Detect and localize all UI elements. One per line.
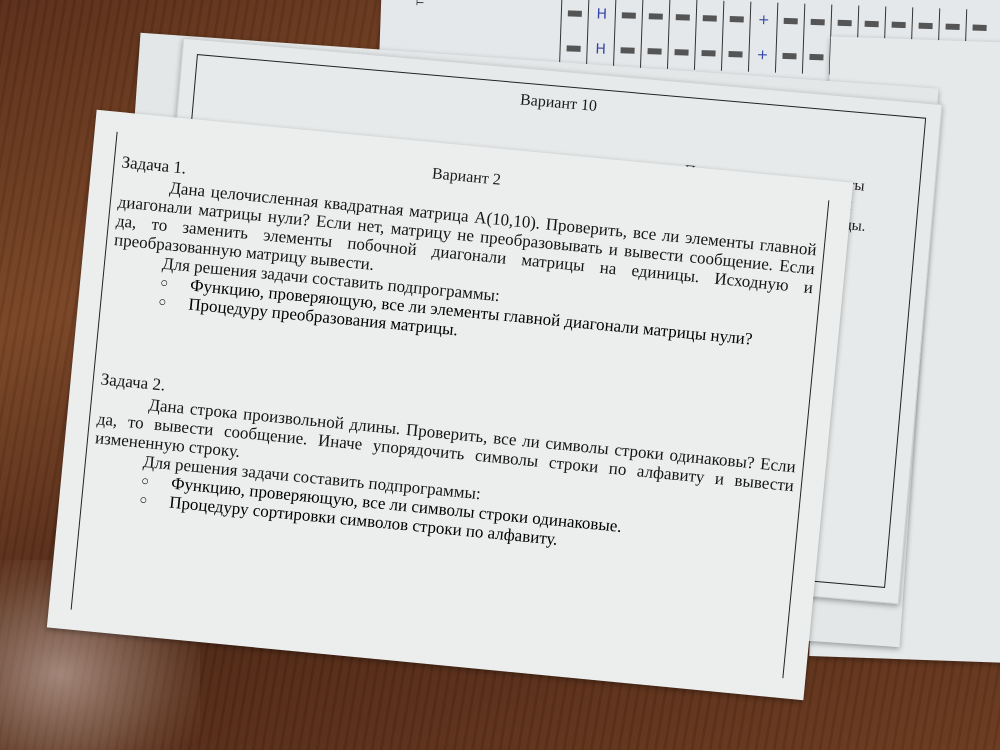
grid-cell	[721, 1, 750, 72]
grid-cell	[667, 0, 696, 70]
grid-cell: ++	[748, 2, 777, 73]
grid-cell	[694, 0, 723, 71]
grid-cell	[775, 3, 804, 74]
grid-cell	[559, 0, 588, 66]
grid-cell: НН	[586, 0, 615, 67]
grid-cell	[613, 0, 642, 68]
grid-cell	[640, 0, 669, 69]
circle-bullet-icon: ○	[158, 292, 168, 312]
handwritten-scribble: ~	[433, 0, 461, 3]
grid-cell	[802, 4, 831, 75]
variant-2-sheet: Вариант 2 Задача 1. Дана целочисленная к…	[47, 110, 853, 700]
grid-rotated-label: Текущая	[415, 0, 427, 6]
circle-bullet-icon: ○	[140, 471, 150, 491]
circle-bullet-icon: ○	[139, 490, 149, 510]
circle-bullet-icon: ○	[160, 273, 170, 293]
